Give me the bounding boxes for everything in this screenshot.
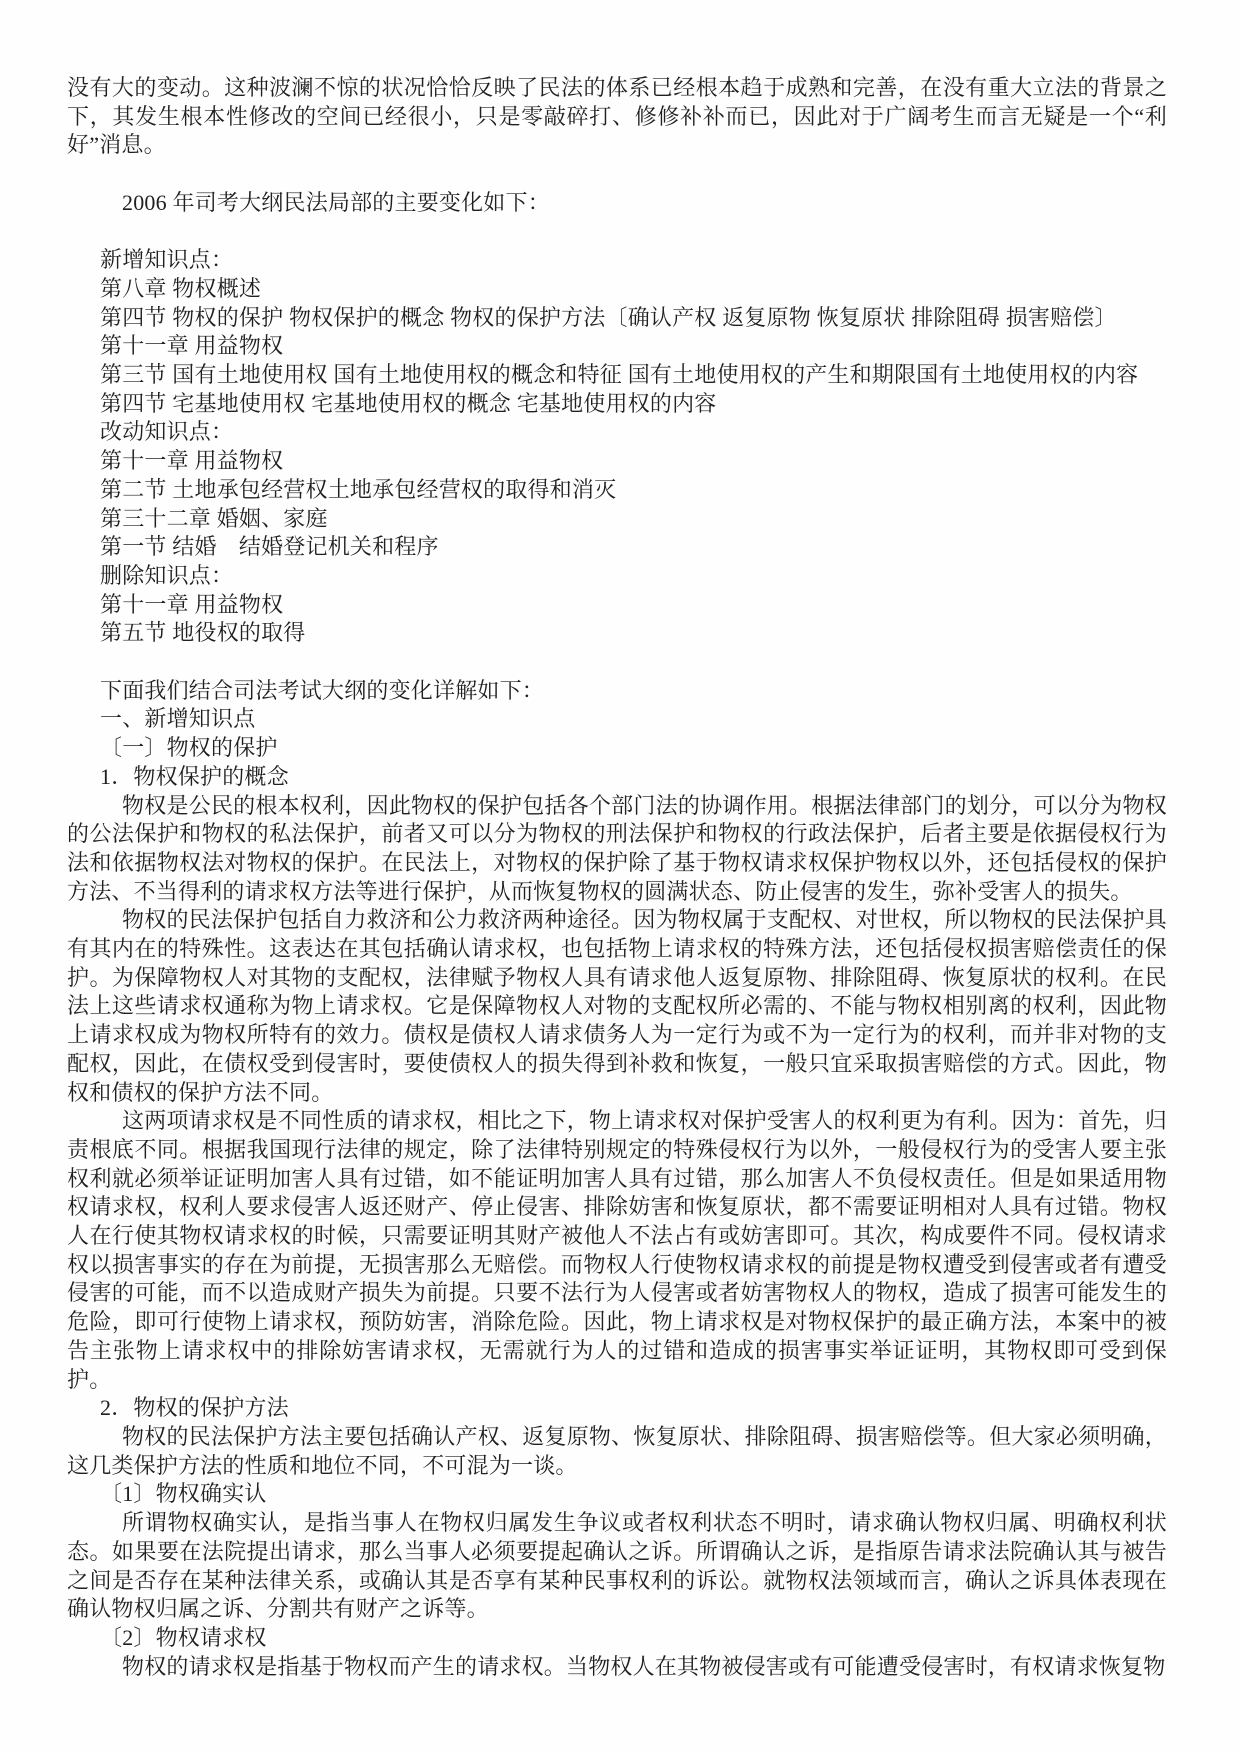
paragraph: 2．物权的保护方法 (67, 1394, 1167, 1423)
paragraph: 2006 年司考大纲民法局部的主要变化如下： (67, 189, 1167, 218)
paragraph: 删除知识点： (67, 562, 1167, 591)
paragraph: 〔一〕物权的保护 (67, 734, 1167, 763)
paragraph: 没有大的变动。这种波澜不惊的状况恰恰反映了民法的体系已经根本趋于成熟和完善，在没… (67, 74, 1167, 160)
blank-line (67, 218, 1167, 247)
paragraph: 一、新增知识点 (67, 705, 1167, 734)
blank-line (67, 648, 1167, 677)
paragraph: 物权的民法保护方法主要包括确认产权、返复原物、恢复原状、排除阻碍、损害赔偿等。但… (67, 1423, 1167, 1480)
paragraph: 下面我们结合司法考试大纲的变化详解如下： (67, 677, 1167, 706)
paragraph: 第三十二章 婚姻、家庭 (67, 505, 1167, 534)
paragraph: 物权是公民的根本权利，因此物权的保护包括各个部门法的协调作用。根据法律部门的划分… (67, 792, 1167, 907)
paragraph: 第十一章 用益物权 (67, 447, 1167, 476)
paragraph: 第三节 国有土地使用权 国有土地使用权的概念和特征 国有土地使用权的产生和期限国… (67, 361, 1167, 390)
paragraph: 1．物权保护的概念 (67, 763, 1167, 792)
paragraph: 第五节 地役权的取得 (67, 619, 1167, 648)
paragraph: 第一节 结婚 结婚登记机关和程序 (67, 533, 1167, 562)
paragraph: 第二节 土地承包经营权土地承包经营权的取得和消灭 (67, 476, 1167, 505)
document-page: 没有大的变动。这种波澜不惊的状况恰恰反映了民法的体系已经根本趋于成熟和完善，在没… (0, 0, 1241, 1754)
paragraph: 新增知识点： (67, 246, 1167, 275)
paragraph: 物权的请求权是指基于物权而产生的请求权。当物权人在其物被侵害或有可能遭受侵害时，… (67, 1653, 1167, 1682)
paragraph: 第四节 物权的保护 物权保护的概念 物权的保护方法〔确认产权 返复原物 恢复原状… (67, 304, 1167, 333)
paragraph: 所谓物权确实认，是指当事人在物权归属发生争议或者权利状态不明时，请求确认物权归属… (67, 1509, 1167, 1624)
paragraph: 〔2〕物权请求权 (67, 1624, 1167, 1653)
paragraph: 第十一章 用益物权 (67, 591, 1167, 620)
paragraph: 第十一章 用益物权 (67, 332, 1167, 361)
paragraph: 物权的民法保护包括自力救济和公力救济两种途径。因为物权属于支配权、对世权，所以物… (67, 906, 1167, 1107)
paragraph: 〔1〕物权确实认 (67, 1480, 1167, 1509)
paragraph: 这两项请求权是不同性质的请求权，相比之下，物上请求权对保护受害人的权利更为有利。… (67, 1107, 1167, 1394)
blank-line (67, 160, 1167, 189)
paragraph: 第八章 物权概述 (67, 275, 1167, 304)
document-body: 没有大的变动。这种波澜不惊的状况恰恰反映了民法的体系已经根本趋于成熟和完善，在没… (67, 74, 1167, 1681)
paragraph: 第四节 宅基地使用权 宅基地使用权的概念 宅基地使用权的内容 (67, 390, 1167, 419)
paragraph: 改动知识点： (67, 418, 1167, 447)
